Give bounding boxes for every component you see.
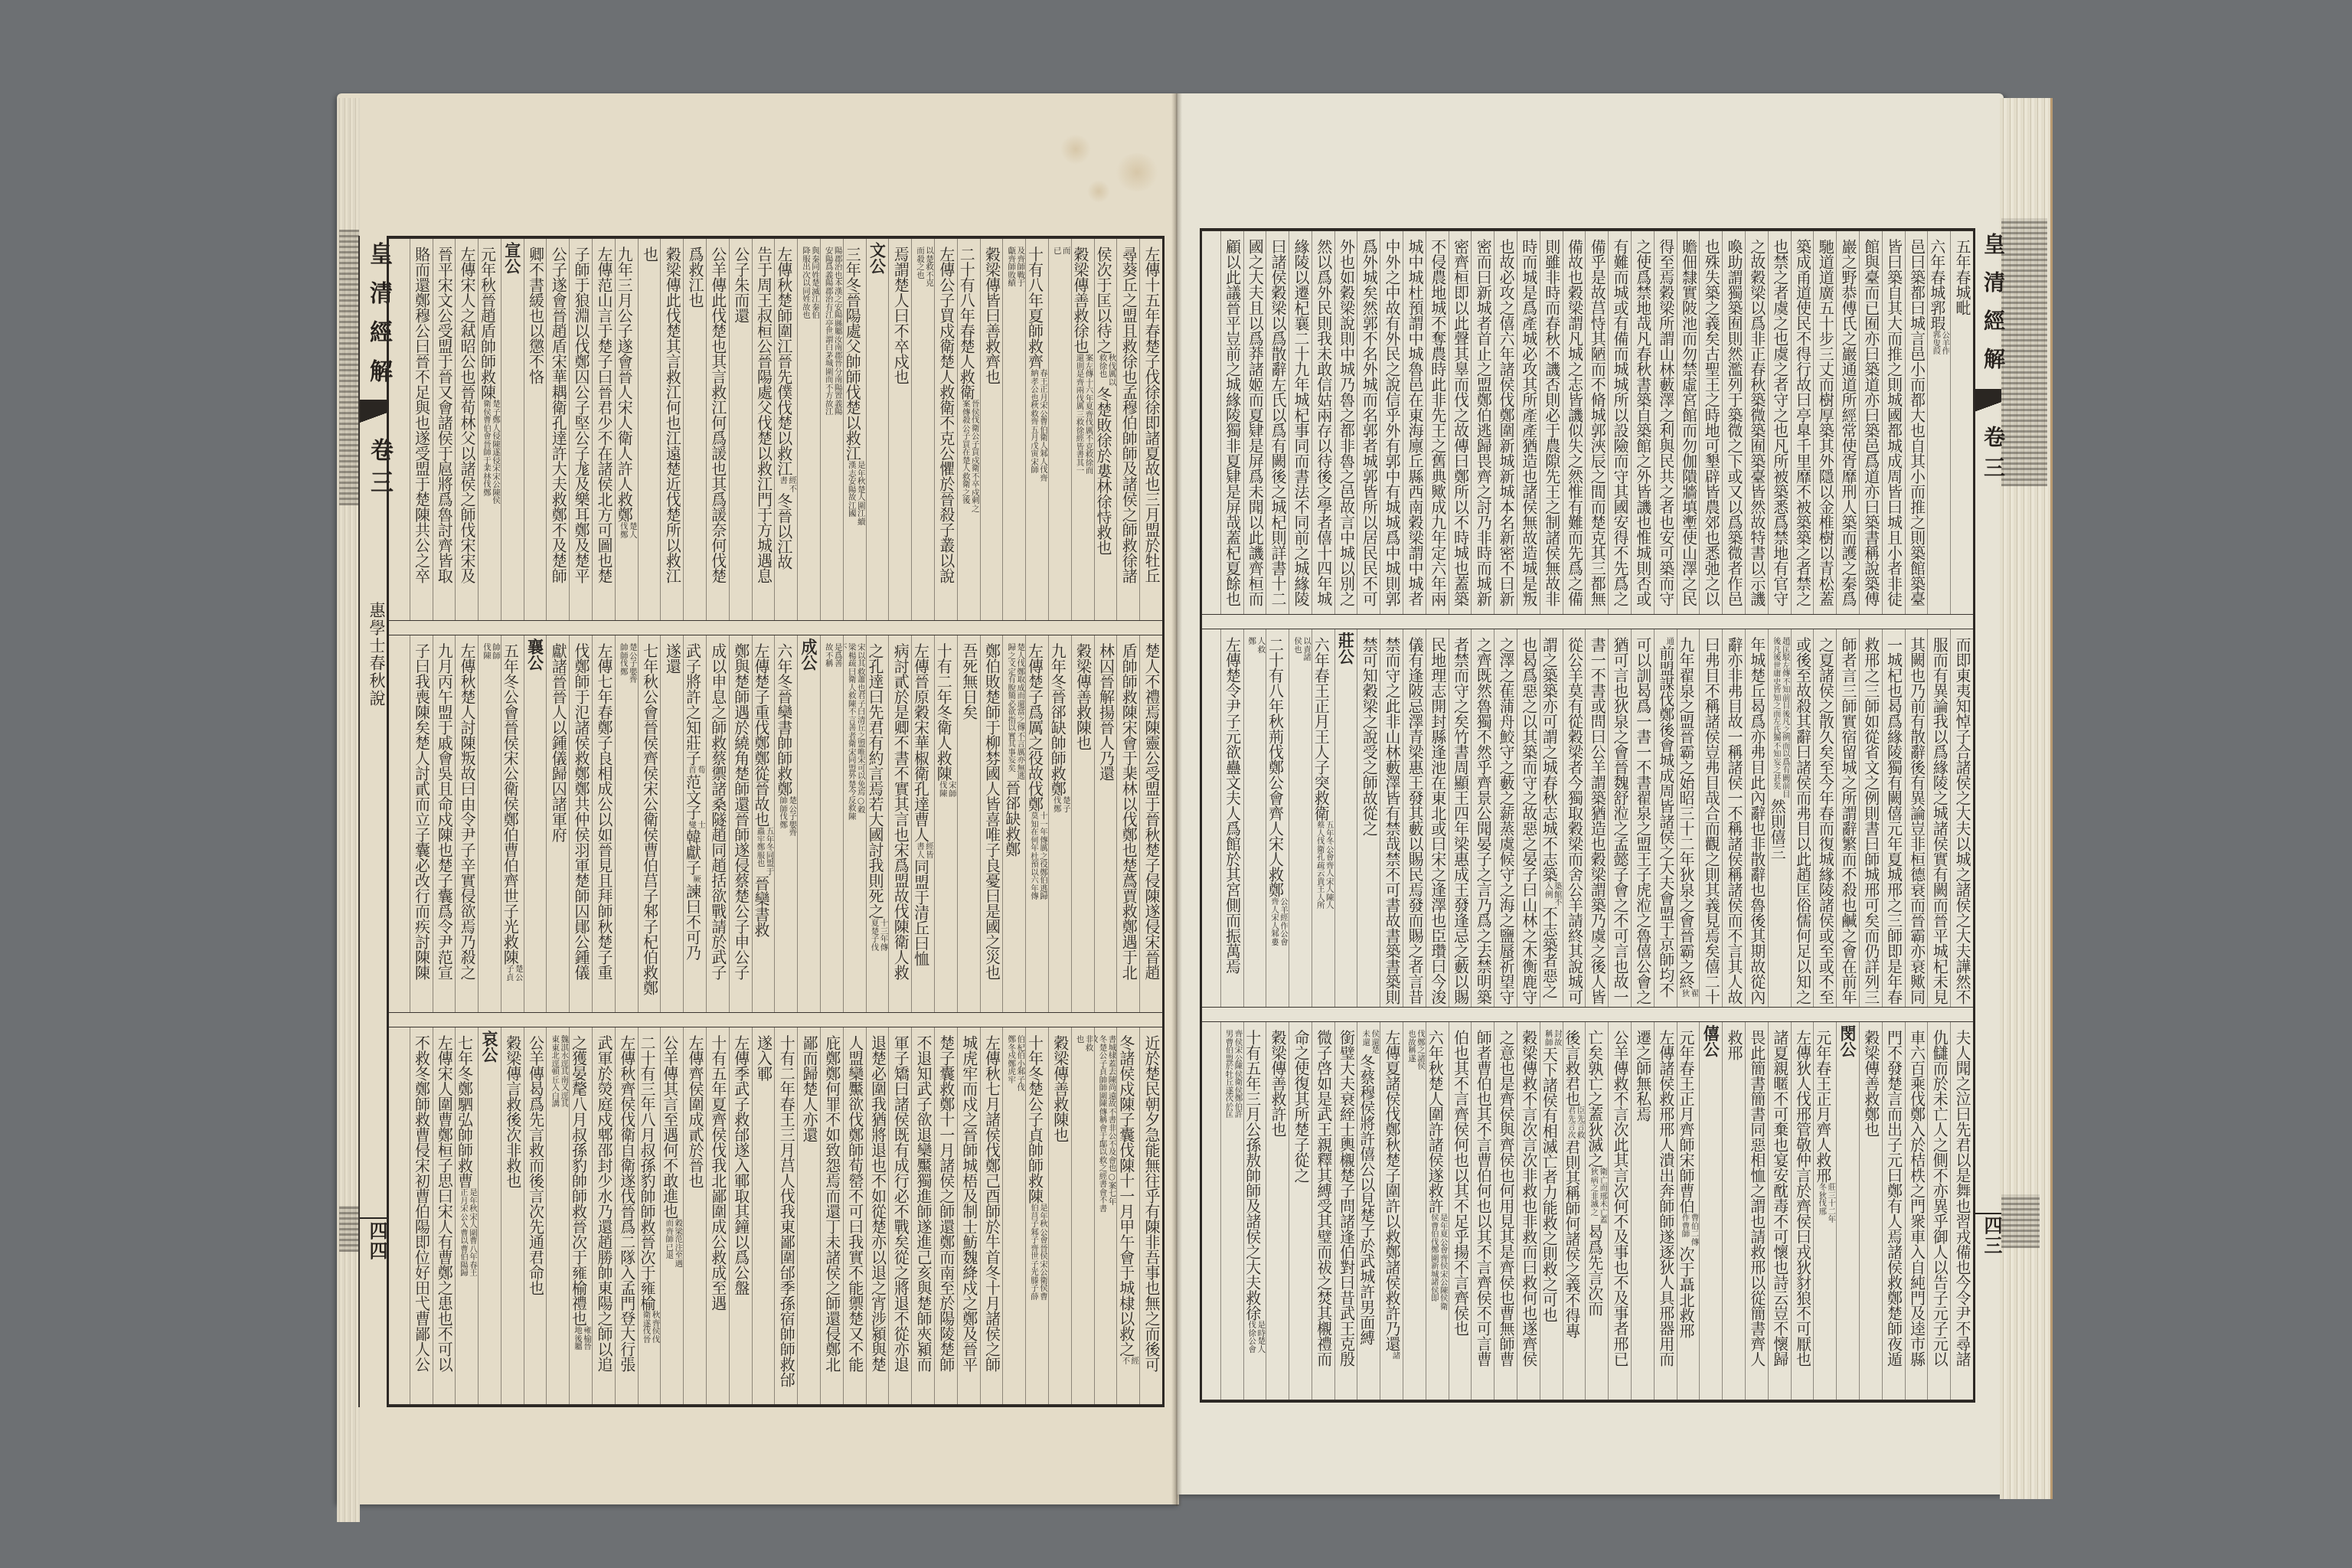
annotation-note: 翟狄	[1681, 989, 1699, 998]
page-number-rule	[1975, 1213, 2001, 1214]
text-column: 成以申息之師救蔡禦諸桑隧趙同趙括欲戰請於武子	[706, 635, 729, 1012]
main-text: 五年冬公會晉侯宋公衛侯鄭伯曹伯齊世子光救陳	[501, 643, 519, 965]
left-tier-2: 楚人不禮焉陳靈公受盟于晉秋楚子侵陳遂侵宋晉趙盾帥師救陳宋會于棐林以伐鄭也楚蔿賈救…	[389, 635, 1162, 1013]
main-text: 辭亦非弗目故一稱諸侯一不稱諸侯稱諸侯而不言其人故	[1725, 637, 1743, 1004]
main-text: 左傳楚子重伐鄭鄭從晉故也	[752, 643, 770, 827]
main-text: 諸夏親暱不可棄也宴安酖毒不可懷也詩云豈不懷歸	[1771, 1030, 1789, 1367]
annotation-note: 是年秋公會晉侯宋公衛侯曹伯莒子邾子齊世子光滕子薛	[1030, 1204, 1048, 1301]
main-text: 救邢之三師如從省文之例則書曰師城邢可矣而仍詳列三	[1862, 637, 1880, 1004]
text-column: 左傳夏諸侯伐鄭秋楚子圍許以救鄭諸侯救許乃還諸	[1380, 1022, 1403, 1400]
main-text: 築成甬道使民不得行故曰亭臯千里靡不被築築之者禁之	[1793, 239, 1811, 606]
main-text: 亡矣孰亡之蓋狄滅之	[1586, 1030, 1604, 1168]
text-column: 五年冬公會晉侯宋公衛侯鄭伯曹伯齊世子光救陳楚公子貞	[501, 635, 524, 1012]
text-column: 穀梁傳皆曰善救齊也	[980, 239, 1003, 620]
annotation-note: 及齊師戰于甗齊師敗績	[1007, 247, 1025, 288]
main-text: 左傳十五年春楚子伐徐徐即諸夏故也三月盟於牡丘	[1142, 247, 1161, 583]
text-column: 而即東夷知悼子合諸侯之大夫以城之諸侯之大夫譁然不	[1950, 629, 1973, 1007]
annotation-note: 楚子伐鄭	[1053, 796, 1071, 813]
text-column: 書一不書或問曰公羊謂築猶造也穀梁謂築乃虞之後人皆	[1585, 629, 1608, 1007]
paper-stain	[1114, 153, 1160, 191]
text-column: 鄙而歸楚人亦還	[797, 1027, 820, 1404]
text-column: 不救冬鄭師救曹侵宋初曹伯陽即位好田弋曹鄙人公	[410, 1027, 433, 1404]
main-text: 天下諸侯有相滅亡者力能救之則救之可也	[1540, 1047, 1558, 1322]
main-text: 密齊桓即以此聲其辠而伐之故傳曰鄭所以不時城也蓋築	[1451, 239, 1469, 606]
text-column: 爲救江也	[683, 239, 706, 620]
text-column: 左傳公子買戍衛楚人救衛不克公懼於晉殺子叢以說	[934, 239, 957, 620]
main-text: 夫人聞之泣曰先君以是舞也習戎備也今令尹不尋諸	[1953, 1030, 1971, 1367]
main-text: 左傳楚子爲厲之役故伐鄭	[1026, 643, 1044, 812]
text-column: 巖之野恭傅氏之巖通道所經常使胥靡刑人築而護之秦爲	[1836, 231, 1859, 614]
main-text: 左傳齊侯圍成貳於晉也	[686, 1035, 704, 1188]
text-column: 十有八年夏師救齊春王正月宋公曹伯衛人邾人伐齊納孝公也秋救齊五月戊寅宋師	[1025, 239, 1048, 620]
main-text: 銜璧大夫衰絰士輿櫬楚子問諸逢伯對曰昔武王克殷	[1337, 1030, 1355, 1367]
main-text: 然則僖三	[1768, 799, 1786, 860]
book-title: 皇清經解	[1978, 233, 2008, 386]
text-column: 九年冬晉郤缺帥師救鄭楚子伐鄭	[1048, 635, 1071, 1012]
text-column: 人救鄭	[1243, 629, 1266, 1007]
main-text: 公羊傳曷爲先言救而後言次先通君命也	[526, 1035, 544, 1295]
section-heading: 襄公	[524, 635, 547, 1012]
ink-bleed-texture	[2001, 1194, 2040, 1248]
text-column: 然以爲外民則我未敢信姑兩存以待後之學者僖十四年城	[1312, 231, 1334, 614]
main-text: 左傳秋楚師圍江晉先僕伐楚以救江	[775, 247, 793, 476]
left-tier-1: 左傳十五年春楚子伐徐徐即諸夏故也三月盟於牡丘尋葵丘之盟且救徐也孟穆伯帥師及諸侯之…	[389, 238, 1162, 621]
left-banxin: 皇清經解 卷三 惠學士春秋說 四四	[358, 236, 388, 1407]
main-text: 微子啓如是武王親釋其縛受其璧而祓之焚其櫬禮而	[1315, 1030, 1333, 1367]
main-text: 七年秋公會晉侯齊侯宋公衛侯曹伯莒子邾子杞伯救鄭	[640, 643, 658, 995]
main-text: 子曰我喪陳矣楚人討貳而立子囊必改行而疾討陳陳	[413, 643, 431, 980]
text-column: 緣陵以遷杞襄二十九年城杞事同而書法不同前之城緣陵	[1289, 231, 1312, 614]
text-column: 之意也是齊侯與齊侯也何用見其是齊侯也曹無師曹	[1494, 1022, 1517, 1400]
main-text: 元年春王正月齊人救邢	[1814, 1030, 1832, 1183]
left-page-frame: 左傳十五年春楚子伐徐徐即諸夏故也三月盟於牡丘尋葵丘之盟且救徐也孟穆伯帥師及諸侯之…	[387, 236, 1165, 1407]
main-text: 救邢	[1725, 1030, 1743, 1060]
text-column: 從公羊莫有從穀梁者今獨取穀梁而舍公羊請終其說城可	[1563, 629, 1586, 1007]
main-text: 穀梁傳善救徐也	[1071, 247, 1089, 354]
text-column: 子曰我喪陳矣楚人討貳而立子囊必改行而疾討陳陳	[410, 635, 433, 1012]
main-text: 六年冬晉欒書帥師救鄭	[775, 643, 793, 796]
main-text: 馳道道廣五十步三丈而樹厚築其外隱以金椎樹以青松蓋	[1816, 239, 1834, 606]
text-column: 六年春城郛瑕公羊作郛叟葭	[1927, 231, 1950, 614]
main-text: 外也如穀梁說則中城乃魯之都非魯之邑故言中城以別之	[1337, 239, 1355, 606]
main-text: 子師于狼淵以伐鄭囚公子堅公子尨及樂耳鄭及楚平	[572, 247, 590, 583]
main-text: 近於楚民朝夕急能無往乎有陳非吾事也無之而後可	[1142, 1035, 1161, 1372]
text-column: 者禁而守之矣竹書周顯王四年梁惠成王發逢忌之藪以賜	[1449, 629, 1472, 1007]
annotation-note: 公羊經作公會齊人宋人邾婁	[1270, 897, 1289, 946]
text-column: 或後至故殺其辭曰諸侯而弗目以此趙匡俗儒何足以知之	[1791, 629, 1814, 1007]
annotation-note: 經不書	[779, 476, 797, 493]
main-text: 則雖非時而春秋不譏否則必于農隙先王之制諸侯無故非	[1543, 239, 1561, 606]
text-column: 密齊桓即以此聲其辠而伐之故傳曰鄭所以不時城也蓋築	[1449, 231, 1472, 614]
text-column: 門不發楚言而出子元曰鄭有人焉諸侯救鄭楚師夜遁	[1882, 1022, 1905, 1400]
ink-bleed-texture	[339, 230, 359, 505]
text-column: 也故必攻之僖六年諸侯伐鄭圍新城新城本名新密不曰新	[1494, 231, 1517, 614]
text-column: 伯也其不言齊侯何也以其不足乎揚不言齊侯也	[1449, 1022, 1472, 1400]
main-text: 左傳公子買戍衛楚人救衛不克公懼於晉殺子叢以說	[937, 247, 955, 583]
text-column: 民地理志開封縣逢池在東北或曰宋之逢澤也臣瓚曰今浚	[1426, 629, 1449, 1007]
text-column: 左傳十五年春楚子伐徐徐即諸夏故也三月盟於牡丘	[1139, 239, 1162, 620]
text-column: 元年秋晉趙盾帥師救陳楚子鄭人侵陳遂侵宋宋公陳侯衛侯曹伯會晉師于棐林伐鄭	[478, 239, 501, 620]
text-column: 公羊傳此伐楚也其言救江何爲諼也其爲諼奈何伐楚	[706, 239, 729, 620]
main-text: 焉謂楚人曰不卒戍也	[891, 247, 910, 384]
main-text: 元年秋晉趙盾帥師救陳	[478, 247, 496, 400]
text-column: 軍子矯曰諸侯既有成行必不戰矣從之將退不從亦退	[888, 1027, 911, 1404]
main-text: 十有五年三月公孫敖帥師及諸侯之大夫救徐	[1243, 1030, 1262, 1321]
main-text: 病討貳於是卿不書不實其言也宋爲盟故伐陳衛人救	[891, 643, 910, 980]
text-column: 得至焉穀梁所謂山林藪澤之利與民共之者也安可築而守	[1654, 231, 1677, 614]
text-column: 有難而城或有備而城城所以設險而守其國安得不先爲之	[1608, 231, 1631, 614]
main-text: 十年冬楚公子貞帥師救陳	[1026, 1035, 1044, 1204]
main-text: 伐鄭師于氾諸侯救鄭鄭共仲侯羽軍楚師囚鄖公鍾儀	[572, 643, 590, 980]
annotation-note: 是年秋楚人圍江續漢志安陽故江國	[848, 461, 866, 526]
text-column: 穀梁傳救不言次言次非救也非救而曰救何也遂齊侯	[1517, 1022, 1540, 1400]
text-column: 二十有八年春楚人救衛晉侯伐衛公子買戍衛不卒戍刺之案傳殺公子買在楚人救衛之後	[957, 239, 980, 620]
main-text: 仇讎而於未亡人之側不亦異乎御人以告子元子元以	[1930, 1030, 1949, 1367]
text-column: 侯還楚未還冬蔡穆侯將許僖公以見楚子於武城許男面縛	[1357, 1022, 1380, 1400]
text-column: 六年冬晉欒書帥師救鄭楚公子嬰齊帥師伐鄭	[774, 635, 797, 1012]
text-column: 夫人聞之泣曰先君以是舞也習戎備也今令尹不尋諸	[1950, 1022, 1973, 1400]
main-text: 禁而守之此非山林藪澤皆有禁哉禁不可書故書築書築則	[1383, 637, 1401, 1004]
text-column: 猶可言也狄泉之會晉魏舒涖之孟懿子會之不可言也故一	[1608, 629, 1631, 1007]
text-column: 左傳秋齊侯伐衛自衛遂伐晉爲二隊入孟門登大行張	[615, 1027, 638, 1404]
annotation-note: 經不	[1121, 1357, 1139, 1366]
main-text: 武子將許之知莊子	[684, 643, 702, 766]
text-column: 二十有三年八月叔孫豹帥師救晉次于雍榆秋齊侯伐衛遂伐晉	[638, 1027, 661, 1404]
right-banxin: 皇清經解 卷三 四三	[1974, 228, 2001, 1403]
annotation-note: 陽郡治也本漢之安陽縣屬汝南郡晉分南陽置義陽安陽爲義陽郡治有江亭世謂白茅城圍而不方…	[825, 247, 843, 416]
main-text: 穀梁傳皆曰善救齊也	[982, 247, 1001, 384]
main-text: 軍子矯曰諸侯既有成行必不戰矣從之將退不從亦退	[891, 1035, 910, 1372]
main-text: 者禁而守之矣竹書周顯王四年梁惠成王發逢忌之藪以賜	[1451, 637, 1469, 1004]
text-column: 封故稱師天下諸侯有相滅亡者力能救之則救之可也	[1540, 1022, 1563, 1400]
text-column: 公羊傳其言至遇何不敢進也穀梁范注至遇而齊師已退	[660, 1027, 683, 1404]
main-text: 十有二年春王三月莒人伐我東鄙圍邰季孫宿帥師救邰	[777, 1035, 795, 1387]
annotation-note: 穀梁范注至遇而齊師已退	[665, 1219, 683, 1268]
text-column: 邑曰築都曰城言邑小而都大也自其小而推之則築館築臺	[1905, 231, 1928, 614]
text-column: 之使爲禁地哉凡春秋書築自築館之外皆譏也惟城則否或	[1631, 231, 1654, 614]
annotation-note: 是年夏公會齊侯宋公陳侯衛侯曹伯伐鄭圍新城諸侯即	[1430, 1214, 1449, 1311]
annotation-note: 非救也	[1076, 1035, 1094, 1052]
main-text: 侯次于匡以待之	[1094, 247, 1112, 354]
main-text: 晉平宋文公受盟于晉又會諸侯于扈將爲魯討齊皆取	[435, 247, 453, 583]
main-text: 元年春王正月齊師宋師曹伯	[1677, 1030, 1695, 1214]
main-text: 而即東夷知悼子合諸侯之大夫以城之諸侯之大夫譁然不	[1953, 637, 1971, 1004]
text-column: 獻諸晉晉人以鍾儀歸囚諸軍府	[546, 635, 569, 1012]
text-column: 通前盟謀伐鄭後會城成周皆諸侯之大夫會盟于京師均不	[1654, 629, 1677, 1007]
main-text: 左傳宋人之弒昭公也晉荀林父以諸侯之師伐宋宋及	[458, 247, 476, 583]
main-text: 左傳楚令尹子元欲蠱文夫人爲館於其宮側而振萬焉	[1223, 637, 1242, 974]
text-column: 齊侯宋公陳侯衛侯鄭伯許男曹伯盟於牡丘遂次於匡	[1220, 1022, 1243, 1400]
main-text: 服而有異論我以爲緣陵之城諸侯實有闕而晉平城杞未見	[1930, 637, 1949, 1004]
text-column: 馳道道廣五十步三丈而樹厚築其外隱以金椎樹以青松蓋	[1813, 231, 1836, 614]
text-column: 命之使復其所楚子從之	[1289, 1022, 1312, 1400]
main-text: 冬蔡穆侯將許僖公以見楚子於武城許男面縛	[1357, 1055, 1376, 1346]
main-text: 左傳七年春鄭子良相成公以如晉見且拜師秋楚子重	[595, 643, 613, 980]
text-column: 之故穀梁以爲非正春秋築微築囿築臺皆然故特書以示譏	[1745, 231, 1768, 614]
main-text: 謂之築築亦可謂之城春秋志城不志築	[1540, 637, 1558, 882]
text-column: 左傳楚子重伐鄭鄭從晉故也五年冬同盟于蟲牢鄭服也晉欒書救	[752, 635, 775, 1012]
text-column: 皆曰築自其大而推之則城國都城成周皆曰城且小者非徒	[1882, 231, 1905, 614]
text-column: 儀有逢陂忌澤青梁惠王發其藪以賜民焉發而賜之者言昔	[1403, 629, 1426, 1007]
text-column: 而已	[1048, 239, 1071, 620]
main-text: 公羊傳其言至遇何不敢進也	[661, 1035, 679, 1219]
main-text: 庇鄭鄭何罪不如致怨焉而還丁未諸侯之師還侵鄭北	[823, 1035, 841, 1372]
text-column: 禁而守之此非山林藪澤皆有禁哉禁不可書故書築書築則	[1380, 629, 1403, 1007]
main-text: 顧以此議晉平豈前之城緣陵獨非夏肄是屏哉蓋杞夏餘也	[1223, 239, 1242, 606]
text-column: 禁可知穀梁之說受之師故從之	[1357, 629, 1380, 1007]
main-text: 喚助謂獨築囿則然濫列于築微之下或又以爲築微者作邑	[1725, 239, 1743, 606]
main-text: 曷爲先言次而	[1586, 1225, 1604, 1317]
main-text: 遂入鄆	[754, 1035, 773, 1081]
main-text: 穀梁傳善救陳也	[1051, 1035, 1070, 1142]
main-text: 儀有逢陂忌澤青梁惠王發其藪以賜民焉發而賜之者言昔	[1406, 637, 1424, 1004]
text-column: 十有五年夏齊侯伐我北鄙圍成公救成至遇	[706, 1027, 729, 1404]
text-column: 與秦同姓楚滅江秦伯降服出次以同姓故也	[797, 239, 820, 620]
main-text: 次于聶北救邢	[1677, 1246, 1695, 1338]
main-text: 之夏諸侯之散久矣至今年春而復城緣陵諸侯或至或不至	[1816, 637, 1834, 1004]
main-text: 有難而城或有備而城城所以設險而守其國安得不先爲之	[1611, 239, 1629, 606]
main-text: 二十有八年秋荊伐鄭公會齊人宋人救鄭	[1266, 637, 1285, 897]
annotation-note: 宋師伐陳	[939, 781, 957, 798]
text-column: 書城棣蓋去陳尚遠故不書非公不及會也○案七年冬楚公子貞帥師圍陳傳稱會于鄬以救之經書…	[1094, 1027, 1117, 1404]
right-tier-2: 而即東夷知悼子合諸侯之大夫以城之諸侯之大夫譁然不服而有異論我以爲緣陵之城諸侯實有…	[1202, 629, 1973, 1008]
main-text: 公子遂會晉趙盾宋華耦衛孔達許大夫救鄭不及楚師	[549, 247, 567, 583]
text-column: 左傳秋七月諸侯伐鄭己酉師於牛首冬十月諸侯之師	[980, 1027, 1003, 1404]
main-text: 武軍於熒庭戍郫邵封少水乃還趙勝帥東陽之師以追	[595, 1035, 613, 1372]
text-column: 也禁之者虞之也虞之者守之也凡所被築悉爲禁地有官守	[1768, 231, 1791, 614]
main-text: 贍佃隸實陂池而勿禁虛宮館而勿伽隤牆填壍使山澤之民	[1679, 239, 1697, 606]
text-column: 近於楚民朝夕急能無往乎有陳非吾事也無之而後可	[1139, 1027, 1162, 1404]
main-text: 爲外城矣然郭不名外城而名郭者城郭皆所以居民民不可	[1360, 239, 1378, 606]
text-column: 左傳楚令尹子元欲蠱文夫人爲館於其宮側而振萬焉	[1220, 629, 1243, 1007]
text-column: 銜璧大夫衰絰士輿櫬楚子問諸逢伯對曰昔武王克殷	[1334, 1022, 1357, 1400]
main-text: 九月丙午盟于戚會吳且命戍陳也楚子囊爲令尹范宣	[435, 643, 453, 980]
text-column: 左傳秋楚師圍江晉先僕伐楚以救江經不書冬晉以江故	[774, 239, 797, 620]
main-text: 左傳夏諸侯伐鄭秋楚子圍許以救鄭諸侯救許乃還	[1383, 1030, 1401, 1351]
annotation-note: 晉侯伐衛公子買戍衛不卒戍刺之案傳殺公子買在楚人救衛之後	[962, 400, 980, 513]
text-column: 左傳范山言于楚子曰晉君少不在諸侯北方可圖也楚	[592, 239, 615, 620]
main-text: 後言救君也	[1563, 1030, 1581, 1106]
text-column: 七年冬鄭駟弘帥師救曹是年秋宋人圍曹八年春王正月宋公入曹以曹伯陽歸	[455, 1027, 478, 1404]
text-column: 時而城是爲產城必攻其所產產猶造也諸侯無故造城是叛	[1517, 231, 1540, 614]
text-column: 師者言三師實宿留城之所謂辭繁而不殺也鹹之會在前年	[1836, 629, 1859, 1007]
text-column: 六年春王正月王人子突救衛五年冬公會齊人宋人陳人蔡人伐衛孔疏云貴王人所	[1312, 629, 1334, 1007]
text-column: 伯杞伯小邾子伐鄭冬戍鄭虎牢	[1002, 1027, 1025, 1404]
annotation-note: 春王正月宋公曹伯衛人邾人伐齊納孝公也秋救齊五月戊寅宋師	[1030, 369, 1048, 482]
text-column: 穀梁傳此伐楚其言救江何也江遠楚近伐楚所以救江	[660, 239, 683, 620]
main-text: 諫曰不可乃	[684, 884, 702, 961]
text-column: 元年春王正月齊人救邢莊三十二年冬狄伐邢	[1813, 1022, 1836, 1400]
text-column: 以楚救不克而殺之也	[911, 239, 934, 620]
text-column: 年城楚丘曷爲亦弗目此內辭也非散辭也魯後其期故從內	[1745, 629, 1768, 1007]
text-column: 三年冬晉陽處父帥師伐楚以救江是年秋楚人圍江續漢志安陽故江國	[843, 239, 866, 620]
annotation-note: 侯還楚未還	[1361, 1030, 1380, 1055]
fishtail-mark	[1975, 389, 2001, 421]
main-text: 備故也穀梁謂凡城之志皆譏似失之然惟有難而先爲之備	[1565, 239, 1583, 606]
text-column: 左傳季武子救邰遂入鄆取其鐘以爲公盤	[729, 1027, 752, 1404]
section-heading: 哀公	[478, 1027, 501, 1404]
main-text: 城中城杜預謂中城魯邑在東海廪丘縣西南穀梁謂中城者	[1406, 239, 1424, 606]
main-text: 邑曰築都曰城言邑小而都大也自其小而推之則築館築臺	[1907, 239, 1926, 606]
annotation-note: 以責諸侯也	[1293, 637, 1312, 662]
main-text: 時而城是爲產城必攻其所產產猶造也諸侯無故造城是叛	[1520, 239, 1538, 606]
ink-bleed-texture	[2001, 218, 2047, 486]
text-column: 十有二年冬衛人救陳宋師伐陳	[934, 635, 957, 1012]
text-column: 救邢	[1722, 1022, 1745, 1400]
fishtail-mark	[360, 400, 388, 432]
text-column: 則雖非時而春秋不譏否則必于農隙先王之制諸侯無故非	[1540, 231, 1563, 614]
text-column: 非救也	[1071, 1027, 1094, 1404]
text-column: 密而曰新城者首止之盟鄭伯逃歸畏齊之討乃非時而城新	[1471, 231, 1494, 614]
annotation-note: 趙匡駁左傳不知前目後凡之例而以爲有闕前目後凡後世庸史皆知之而左氏獨不知妄之甚矣	[1772, 637, 1791, 799]
main-text: 也殊失築之義矣古聖王之時地可墾辟皆農郊也悉弛之以	[1702, 239, 1720, 606]
text-column: 冬諸侯戍陳子囊伐陳十一月甲午會于城棣以救之經不	[1116, 1027, 1139, 1404]
main-text: 曰諸侯穀梁以爲散辭左氏以爲有闕後之城杞則詳書十二	[1269, 239, 1287, 606]
main-text: 六年秋楚人圍許諸侯遂救許	[1426, 1030, 1444, 1214]
text-column: 魏淇水逕其南又逕其東東北逕頓丘入白溝	[546, 1027, 569, 1404]
text-column: 公子朱而還	[729, 239, 752, 620]
annotation-note: 伯杞伯小邾子伐鄭冬戍鄭虎牢	[1007, 1035, 1025, 1093]
main-text: 冬晉以江故	[775, 493, 793, 570]
text-column: 陽郡治也本漢之安陽縣屬汝南郡晉分南陽置義陽安陽爲義陽郡治有江亭世謂白茅城圍而不方…	[820, 239, 843, 620]
text-column: 尋葵丘之盟且救徐也孟穆伯帥師及諸侯之師救徐諸	[1116, 239, 1139, 620]
annotation-note: 楚子鄭人侵陳遂侵宋宋公陳侯衛侯曹伯會晉師于棐林伐鄭	[482, 400, 501, 505]
annotation-note: 伐鄭之諸侯也故稱遂	[1407, 1030, 1426, 1071]
main-text: 十有五年夏齊侯伐我北鄙圍成公救成至遇	[709, 1035, 727, 1311]
text-column: 諸夏親暱不可棄也宴安酖毒不可懷也詩云豈不懷歸	[1768, 1022, 1791, 1400]
main-text: 十有二年冬衛人救陳	[934, 643, 952, 781]
text-column: 穀梁傳善救許也	[1266, 1022, 1289, 1400]
main-text: 可以訓曷爲一書一不書翟泉之盟王子虎涖之魯僖公會之	[1634, 637, 1652, 1004]
text-column: 楚人不禮焉陳靈公受盟于晉秋楚子侵陳遂侵宋晉趙	[1139, 635, 1162, 1012]
text-column: 武軍於熒庭戍郫邵封少水乃還趙勝帥東陽之師以追	[592, 1027, 615, 1404]
main-text: 九年翟泉之盟晉霸之始昭三十二年狄泉之會晉霸之終	[1677, 637, 1695, 989]
page-number: 四三	[1978, 1216, 2005, 1256]
section-heading: 莊公	[1334, 629, 1357, 1007]
main-text: 其闕也乃前有散辭後有異論豈非桓德衰而晉霸亦衰歟同	[1907, 637, 1926, 1004]
section-heading: 僖公	[1699, 1022, 1722, 1400]
main-text: 也曷爲惡之以其築而守之故惡之晏子曰山林之木衡鹿守	[1520, 637, 1538, 1004]
main-text: 穀梁傳言救後次非救也	[504, 1035, 522, 1188]
text-column: 帥師伐陳	[478, 635, 501, 1012]
section-heading: 宣公	[501, 239, 524, 620]
main-text: 公羊傳救不言次此其言次何不及事也不及事者邢已	[1611, 1030, 1629, 1367]
main-text: 得至焉穀梁所謂山林藪澤之利與民共之者也安可築而守	[1657, 239, 1675, 606]
text-column: 不退知武子欲退欒黶獨進師遂進己亥與楚師夾潁而	[911, 1027, 934, 1404]
text-column: 趙匡駁左傳不知前目後凡之例而以爲有闕前目後凡後世庸史皆知之而左氏獨不知妄之甚矣然…	[1768, 629, 1791, 1007]
main-text: 緣陵以遷杞襄二十九年城杞事同而書法不同前之城緣陵	[1292, 239, 1310, 606]
main-text: 巖之野恭傅氏之巖通道所經常使胥靡刑人築而護之秦爲	[1839, 239, 1857, 606]
annotation-note: 與秦同姓楚滅江秦伯降服出次以同姓故也	[802, 247, 820, 320]
text-column: 子師于狼淵以伐鄭囚公子堅公子尨及樂耳鄭及楚平	[569, 239, 592, 620]
main-text: 左傳秋七月諸侯伐鄭己酉師於牛首冬十月諸侯之師	[982, 1035, 1001, 1372]
text-column: 九年翟泉之盟晉霸之始昭三十二年狄泉之會晉霸之終翟狄	[1677, 629, 1700, 1007]
text-column: 伐鄭師于氾諸侯救鄭鄭共仲侯羽軍楚師囚鄖公鍾儀	[569, 635, 592, 1012]
annotation-note: 封故稱師	[1544, 1030, 1563, 1047]
text-column: 曰弗目不稱諸侯豈弗目哉合而觀之則其義見焉矣僖二十	[1699, 629, 1722, 1007]
main-text: 皆曰築自其大而推之則城國都城成周皆曰城且小者非徒	[1885, 239, 1903, 606]
text-column: 左傳秋楚人討陳叛故曰由令尹子辛實侵欲焉乃殺之	[455, 635, 478, 1012]
main-text: 左傳范山言于楚子曰晉君少不在諸侯北方可圖也楚	[595, 247, 613, 583]
text-column: 人盟欒黶欲伐鄭師荀罃不可曰我實不能禦楚又不能	[843, 1027, 866, 1404]
main-text: 君則其稱師何諸侯之義不得專	[1563, 1139, 1581, 1338]
main-text: 民地理志開封縣逢池在東北或曰宋之逢澤也臣瓚曰今浚	[1429, 637, 1447, 1004]
main-text: 左傳季武子救邰遂入鄆取其鐘以爲公盤	[732, 1035, 750, 1295]
annotation-note: 以楚救不克而殺之也	[916, 247, 934, 288]
text-column: 之獲晏氂八月叔孫豹帥師救晉次于雍榆禮也雍榆晉地後屬	[569, 1027, 592, 1404]
annotation-note: 楚公子嬰齊帥師伐鄭	[619, 643, 638, 684]
main-text: 命之使復其所楚子從之	[1292, 1030, 1310, 1183]
right-tier-1: 五年春城毗六年春城郛瑕公羊作郛叟葭邑曰築都曰城言邑小而都大也自其小而推之則築館築…	[1202, 230, 1973, 615]
main-text: 左傳諸侯救邢邢人潰出奔師師遂逐狄人具邢器用而	[1657, 1030, 1675, 1367]
text-column: 楚子囊救鄭十一月諸侯之師還鄭而南至於陽陵楚師	[934, 1027, 957, 1404]
main-text: 冬楚敗徐於婁林徐恃救也	[1094, 387, 1112, 555]
text-column: 鄭與楚師遇於繞角楚師還晉師遂侵蔡楚公子申公子	[729, 635, 752, 1012]
text-column: 謂之築築亦可謂之城春秋志城不志築築館不入例不志築者惡之	[1540, 629, 1563, 1007]
text-column: 侯次于匡以待之秋伐厲以救徐也冬楚敗徐於婁林徐恃救也	[1094, 239, 1117, 620]
main-text: 不退知武子欲退欒黶獨進師遂進己亥與楚師夾潁而	[914, 1035, 933, 1372]
text-column: 左傳宋人之弒昭公也晉荀林父以諸侯之師伐宋宋及	[455, 239, 478, 620]
main-text: 林囚晉解揚晉人乃還	[1096, 643, 1115, 781]
main-text: 車六百乘伐鄭入於桔柣之門衆車入自純門及逵市縣	[1907, 1030, 1926, 1367]
main-text: 獻諸晉晉人以鍾儀歸囚諸軍府	[549, 643, 567, 842]
annotation-note: 雍榆晉地後屬	[573, 1326, 592, 1351]
text-column: 其闕也乃前有散辭後有異論豈非桓德衰而晉霸亦衰歟同	[1905, 629, 1928, 1007]
text-column: 穀梁傳言救後次非救也	[501, 1027, 524, 1404]
main-text: 九年三月公子遂會晉人宋人衛人許人救鄭	[615, 247, 633, 522]
annotation-note: 是爲善故不稱	[825, 643, 843, 668]
annotation-note: 十三年傳夏楚子伐	[870, 919, 888, 952]
text-column: 穀梁傳善救陳也	[1048, 1027, 1071, 1404]
annotation-note: 是時楚人伐徐公會	[1247, 1321, 1266, 1354]
main-text: 六年春城郛瑕	[1928, 239, 1946, 331]
text-column: 盾帥師救陳宋會于棐林以伐鄭也楚蔿賈救鄭遇于北	[1116, 635, 1139, 1012]
main-text: 賂而還鄭穆公曰晉不足與也遂受盟于楚陳共公之卒	[413, 247, 431, 583]
main-text: 穀梁傳此伐楚其言救江何也江遠楚近伐楚所以救江	[663, 247, 681, 583]
main-text: 遂還	[663, 643, 681, 674]
main-text: 盾帥師救陳宋會于棐林以伐鄭也楚蔿賈救鄭遇于北	[1119, 643, 1138, 980]
main-text: 也禁之者虞之也虞之者守之也凡所被築悉爲禁地有官守	[1771, 239, 1789, 606]
main-text: 也故必攻之僖六年諸侯伐鄭圍新城新城本名新密不曰新	[1497, 239, 1515, 606]
main-text: 六年春王正月王人子突救衛	[1312, 637, 1330, 821]
main-text: 五年春城毗	[1953, 239, 1971, 315]
text-column: 焉謂楚人曰不卒戍也	[888, 239, 911, 620]
main-text: 晉郤缺救鄭	[1003, 781, 1021, 857]
ink-bleed-texture	[339, 1206, 359, 1252]
main-text: 禁可知穀梁之說受之師故從之	[1360, 637, 1378, 836]
annotation-note: 秋齊侯伐衛遂伐晉	[642, 1311, 660, 1344]
main-text: 一城杞也曷爲緣陵獨有闕僖元年夏城邢之三師即是年春	[1885, 637, 1903, 1004]
annotation-note: 楚公子貞	[505, 965, 524, 982]
main-text: 前盟謀伐鄭後會城成周皆諸侯之大夫會盟于京師均不	[1657, 646, 1675, 998]
text-column: 晉平宋文公受盟于晉又會諸侯于扈將爲魯討齊皆取	[433, 239, 456, 620]
annotation-note: 帥師伐陳	[482, 643, 501, 660]
text-column: 城中城杜預謂中城魯邑在東海廪丘縣西南穀梁謂中城者	[1403, 231, 1426, 614]
main-text: 之齊既然魯獨不然乎齊景公聞晏子之言乃爲之去禁明築	[1474, 637, 1492, 1004]
text-column: 仇讎而於未亡人之側不亦異乎御人以告子元子元以	[1927, 1022, 1950, 1400]
text-column: 可以訓曷爲一書一不書翟泉之盟王子虎涖之魯僖公會之	[1631, 629, 1654, 1007]
text-column: 以責諸侯也	[1289, 629, 1312, 1007]
text-column: 賂而還鄭穆公曰晉不足與也遂受盟于楚陳共公之卒	[410, 239, 433, 620]
main-text: 同盟于清丘曰恤	[912, 859, 930, 966]
annotation-note: 是年秋宋人圍曹八年春王正月宋公入曹以曹伯陽歸	[459, 1188, 478, 1278]
annotation-note: 而已	[1053, 247, 1071, 256]
section-heading: 成公	[797, 635, 820, 1012]
text-column: 九月丙午盟于戚會吳且命戍陳也楚子囊爲令尹范宣	[433, 635, 456, 1012]
text-column: 伐鄭之諸侯也故稱遂	[1403, 1022, 1426, 1400]
text-column: 公羊傳曷爲先言救而後言次先通君命也	[524, 1027, 547, 1404]
text-column: 中外之中故有外民之說信乎外有郭中有城城爲中城則郭	[1380, 231, 1403, 614]
